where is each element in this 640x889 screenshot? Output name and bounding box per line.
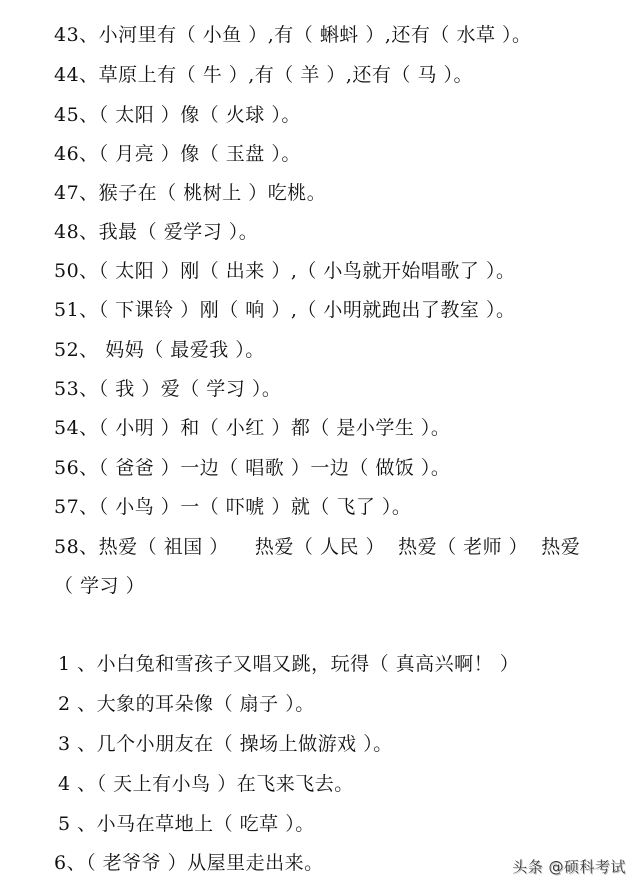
list-item-57: 57、（ 小鸟 ）一（ 吓唬 ）就（ 飞了 ）。 [54,495,411,519]
list-item-47: 47、猴子在（ 桃树上 ）吃桃。 [54,181,326,205]
list-item-50: 50、（ 太阳 ）刚（ 出来 ）,（ 小鸟就开始唱歌了 ）。 [54,259,515,283]
list-item-5: 5 、小马在草地上（ 吃草 ）。 [58,812,315,836]
list-item-56: 56、（ 爸爸 ）一边（ 唱歌 ）一边（ 做饭 ）。 [54,456,450,480]
list-item-44: 44、草原上有（ 牛 ）,有（ 羊 ）,还有（ 马 ）。 [54,63,473,87]
list-item-58-continued: （ 学习 ） [54,574,145,598]
list-item-51: 51、（ 下课铃 ）刚（ 响 ）,（ 小明就跑出了教室 ）。 [54,298,515,322]
list-item-2: 2 、大象的耳朵像（ 扇子 ）。 [58,692,315,716]
list-item-54: 54、（ 小明 ）和（ 小红 ）都（ 是小学生 ）。 [54,416,450,440]
list-item-43: 43、小河里有（ 小鱼 ）,有（ 蝌蚪 ）,还有（ 水草 ）。 [54,23,532,47]
list-item-4: 4 、（ 天上有小鸟 ）在飞来飞去。 [58,772,354,796]
watermark: 头条 @硕科考试 [512,856,626,877]
list-item-58: 58、热爱（ 祖国 ） 热爱（ 人民 ） 热爱（ 老师 ） 热爱 [54,535,580,559]
list-item-46: 46、（ 月亮 ）像（ 玉盘 ）。 [54,142,301,166]
list-item-45: 45、（ 太阳 ）像（ 火球 ）。 [54,103,301,127]
list-item-52: 52、 妈妈（ 最爱我 ）。 [54,338,265,362]
list-item-6: 6、（ 老爷爷 ）从屋里走出来。 [54,851,324,875]
list-item-53: 53、（ 我 ）爱（ 学习 ）。 [54,377,281,401]
list-item-1: 1 、小白兔和雪孩子又唱又跳，玩得（ 真高兴啊！ ） [58,652,519,676]
list-item-48: 48、我最（ 爱学习 ）。 [54,220,258,244]
list-item-3: 3 、几个小朋友在（ 操场上做游戏 ）。 [58,732,393,756]
